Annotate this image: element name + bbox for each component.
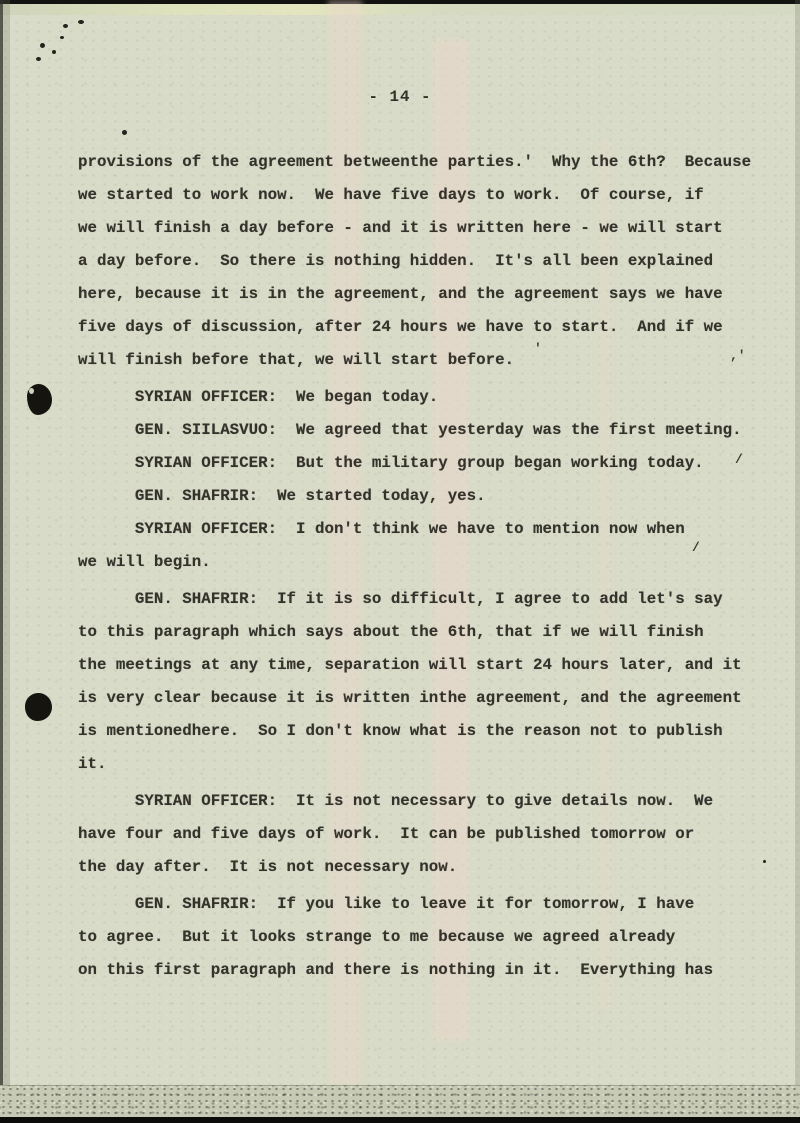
scan-speck (36, 57, 41, 61)
scan-speck (78, 20, 84, 24)
document-line: we will finish a day before - and it is … (78, 212, 768, 245)
document-line: GEN. SHAFRIR: If it is so difficult, I a… (78, 583, 768, 616)
document-line: is very clear because it is written inth… (78, 682, 768, 715)
document-line: five days of discussion, after 24 hours … (78, 311, 768, 344)
document-line: SYRIAN OFFICER: I don't think we have to… (78, 513, 768, 546)
document-line: a day before. So there is nothing hidden… (78, 245, 768, 278)
document-line: GEN. SIILASVUO: We agreed that yesterday… (78, 414, 768, 447)
scan-mark: ' (534, 341, 542, 356)
scan-bottom-edge (0, 1117, 800, 1123)
document-text: provisions of the agreement betweenthe p… (78, 146, 768, 987)
scan-top-band (0, 4, 800, 15)
document-line: have four and five days of work. It can … (78, 818, 768, 851)
document-line: SYRIAN OFFICER: It is not necessary to g… (78, 785, 768, 818)
document-line: we will begin. (78, 546, 768, 579)
document-line: the meetings at any time, separation wil… (78, 649, 768, 682)
document-line: here, because it is in the agreement, an… (78, 278, 768, 311)
scan-mark: / (735, 452, 743, 467)
document-line: SYRIAN OFFICER: We began today. (78, 381, 768, 414)
scan-bottom-grain (0, 1085, 800, 1119)
document-line: GEN. SHAFRIR: If you like to leave it fo… (78, 888, 768, 921)
document-line: to agree. But it looks strange to me bec… (78, 921, 768, 954)
scan-speck (63, 24, 68, 28)
scan-right-shading (795, 0, 800, 1123)
document-line: on this first paragraph and there is not… (78, 954, 768, 987)
document-page: - 14 - provisions of the agreement betwe… (0, 0, 800, 1123)
document-line: GEN. SHAFRIR: We started today, yes. (78, 480, 768, 513)
document-line: will finish before that, we will start b… (78, 344, 768, 377)
document-line: we started to work now. We have five day… (78, 179, 768, 212)
document-line: is mentionedhere. So I don't know what i… (78, 715, 768, 748)
document-line: provisions of the agreement betweenthe p… (78, 146, 768, 179)
ink-blot (25, 693, 52, 721)
document-line: it. (78, 748, 768, 781)
scan-mark: / (692, 540, 700, 555)
page-number: - 14 - (0, 88, 800, 106)
scan-speck (40, 43, 45, 48)
scan-speck (763, 860, 766, 863)
document-line: SYRIAN OFFICER: But the military group b… (78, 447, 768, 480)
scan-speck (122, 130, 127, 135)
scan-left-shading (3, 0, 10, 1123)
scan-speck (52, 50, 56, 54)
ink-blot (27, 384, 52, 415)
document-line: the day after. It is not necessary now. (78, 851, 768, 884)
document-line: to this paragraph which says about the 6… (78, 616, 768, 649)
scan-speck (60, 36, 64, 39)
scan-mark: ,' (730, 348, 746, 363)
